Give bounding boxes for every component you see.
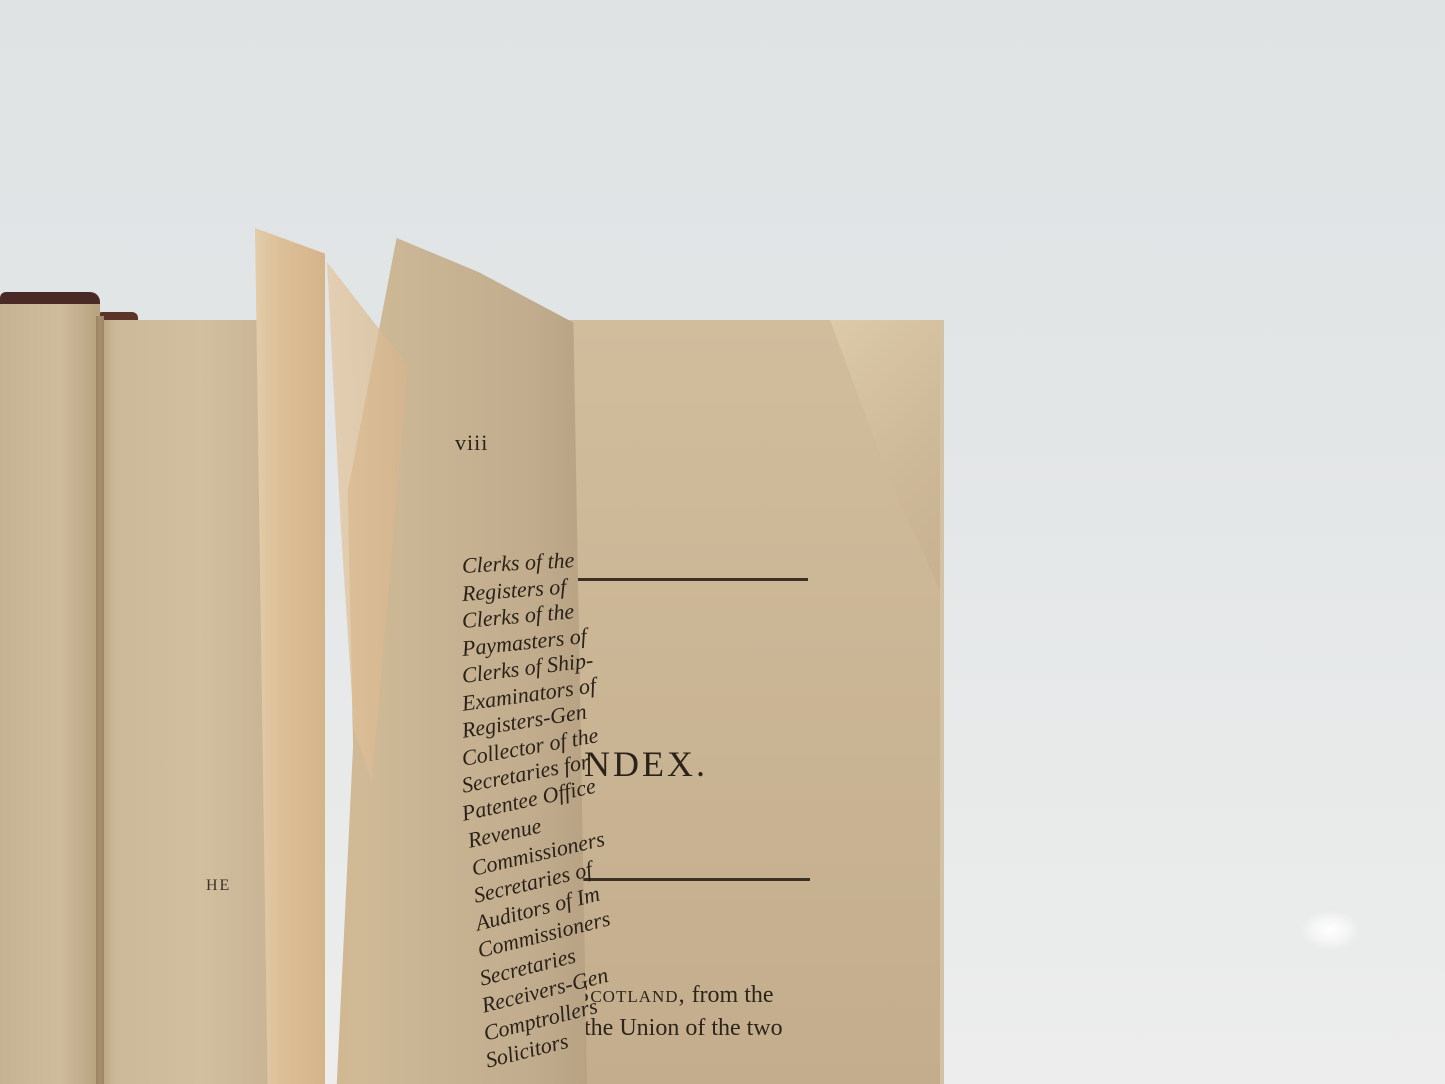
left-page-outer	[0, 304, 100, 1084]
body-line-1-rest: from the	[686, 982, 774, 1008]
left-page-caption: HE	[206, 877, 231, 895]
title-rule-bottom	[575, 878, 810, 881]
page-number: viii	[455, 430, 488, 456]
body-line-2: the Union of the two	[584, 1015, 783, 1042]
light-glare	[1300, 910, 1360, 950]
left-page	[98, 320, 268, 1084]
book-gutter	[96, 316, 104, 1084]
office-list: Clerks of the Registers of Clerks of the…	[462, 552, 592, 1075]
title-rule-top	[560, 578, 808, 581]
index-title: NDEX.	[584, 743, 708, 785]
